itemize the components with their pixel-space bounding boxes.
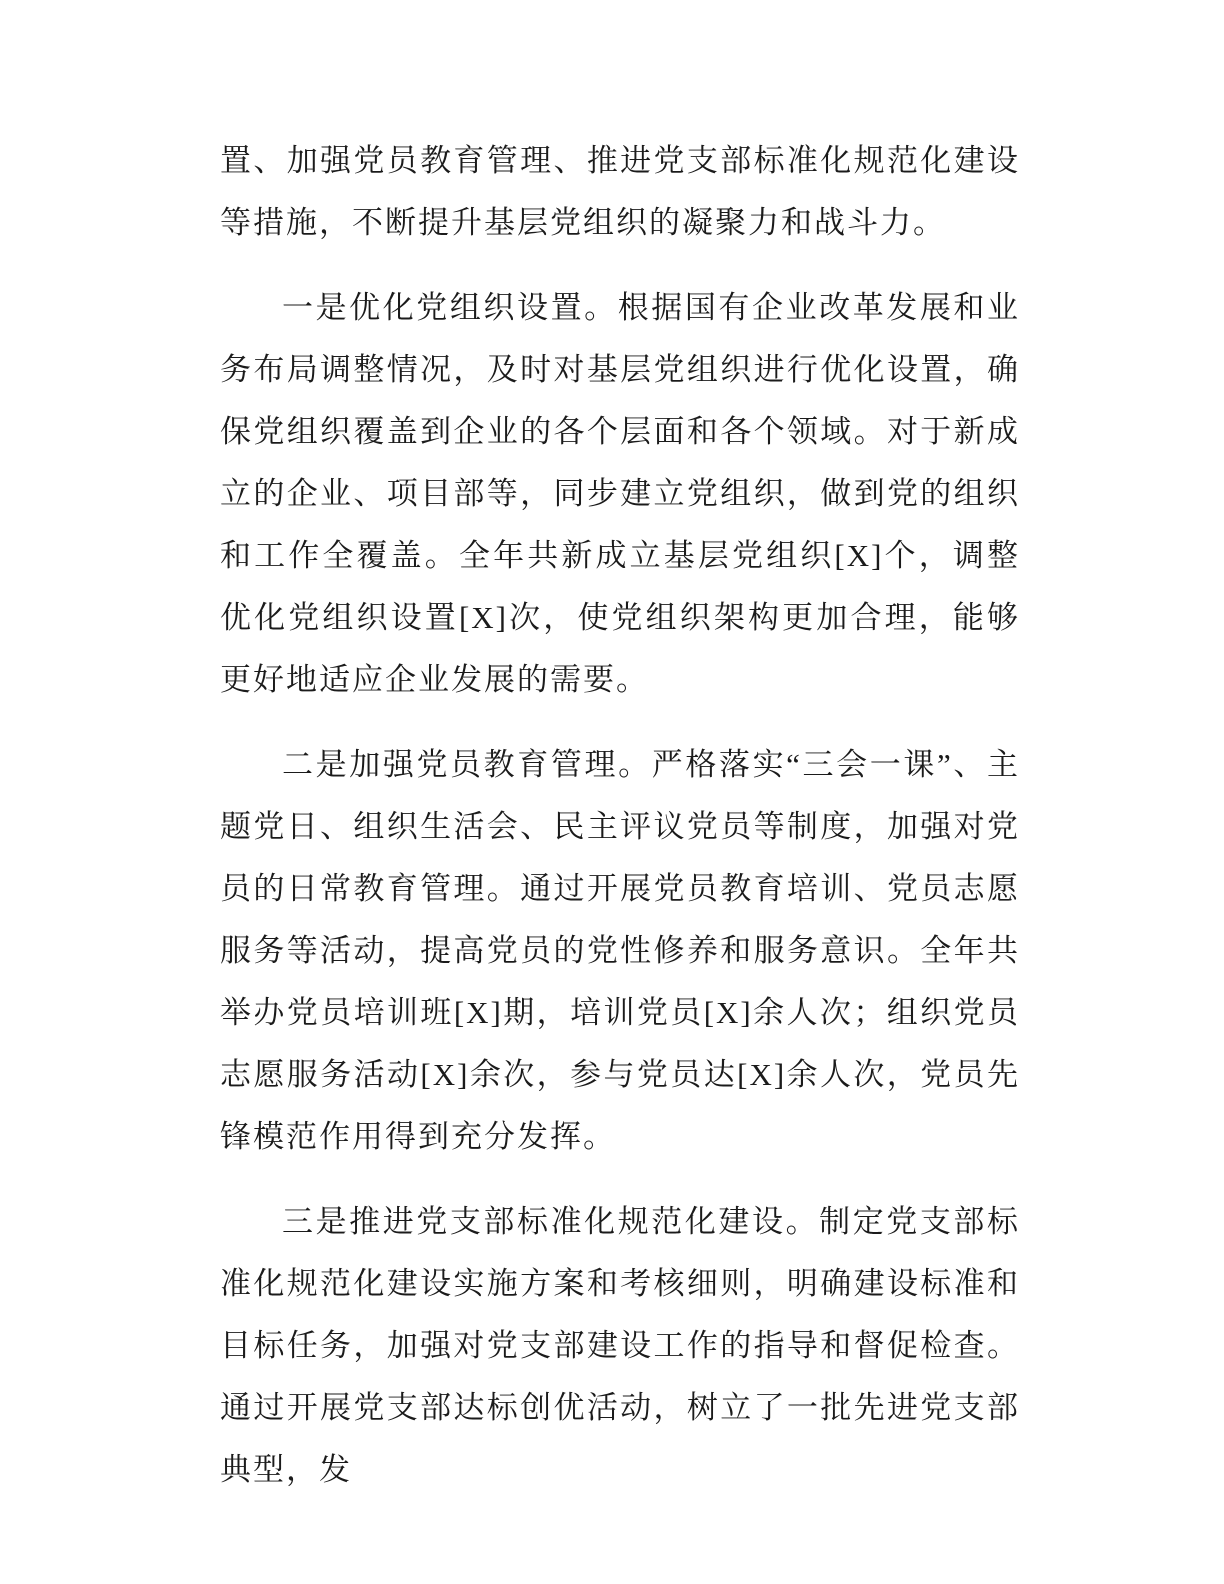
- document-text-block: 置、加强党员教育管理、推进党支部标准化规范化建设等措施，不断提升基层党组织的凝聚…: [220, 130, 1020, 1501]
- paragraph-point-two: 二是加强党员教育管理。严格落实“三会一课”、主题党日、组织生活会、民主评议党员等…: [220, 734, 1020, 1168]
- document-page: 置、加强党员教育管理、推进党支部标准化规范化建设等措施，不断提升基层党组织的凝聚…: [0, 0, 1224, 1584]
- paragraph-point-one: 一是优化党组织设置。根据国有企业改革发展和业务布局调整情况，及时对基层党组织进行…: [220, 277, 1020, 711]
- paragraph-continuation: 置、加强党员教育管理、推进党支部标准化规范化建设等措施，不断提升基层党组织的凝聚…: [220, 130, 1020, 254]
- paragraph-point-three: 三是推进党支部标准化规范化建设。制定党支部标准化规范化建设实施方案和考核细则，明…: [220, 1191, 1020, 1501]
